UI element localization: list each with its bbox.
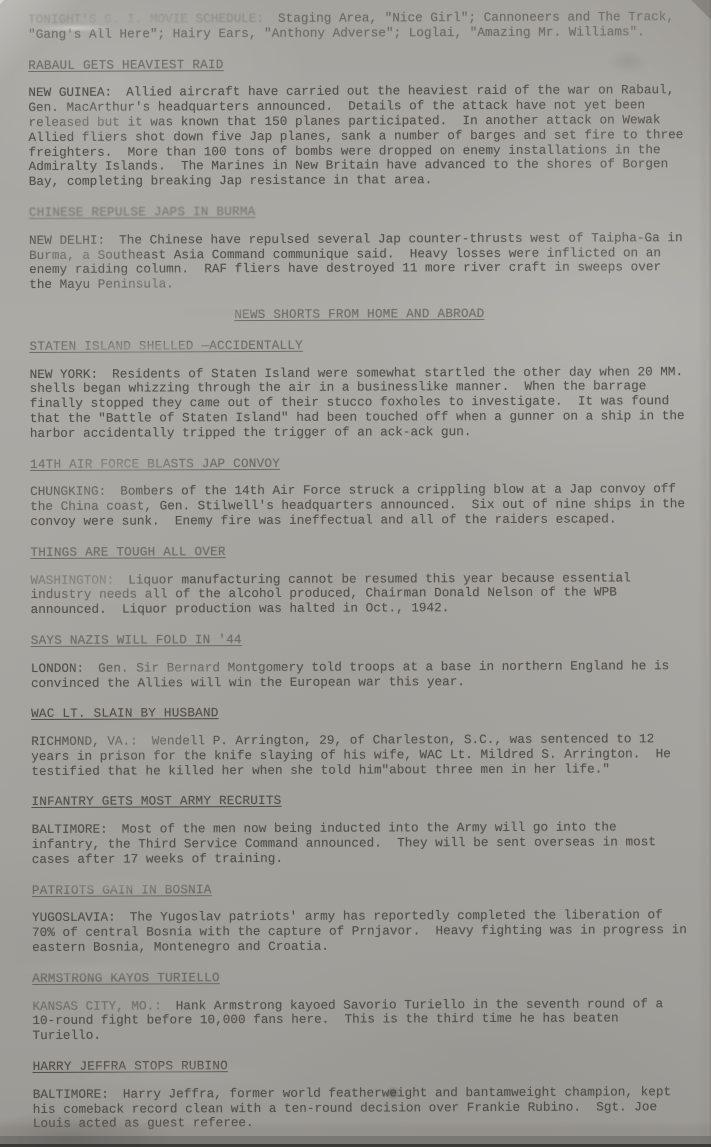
news-section-14th-air-force: 14TH AIR FORCE BLASTS JAP CONVOY CHUNGKI… [30,455,690,530]
dateline: KANSAS CITY, MO.: [32,998,176,1014]
news-section-rabaul: RABAUL GETS HEAVIEST RAID NEW GUINEA:All… [28,56,689,190]
headline-wac-slain: WAC LT. SLAIN BY HUSBAND [31,704,691,722]
paragraph-text: Most of the men now being inducted into … [32,820,664,867]
para-burma: NEW DELHI:The Chinese have repulsed seve… [29,231,689,293]
para-infantry: BALTIMORE:Most of the men now being indu… [32,820,692,867]
para-montgomery: LONDON:Gen. Sir Bernard Montgomery told … [31,659,691,691]
dateline: NEW YORK: [30,366,113,381]
typewritten-content: TONIGHT'S G. I. MOVIE SCHEDULE:Staging A… [28,10,693,1132]
dateline: CHUNGKING: [30,484,120,499]
paragraph-text: Residents of Staten Island were somewhat… [30,364,693,441]
dateline: TONIGHT'S G. I. MOVIE SCHEDULE: [28,11,278,27]
para-armstrong: KANSAS CITY, MO.:Hank Armstrong kayoed S… [32,997,692,1044]
dateline: WASHINGTON: [30,572,128,587]
para-wac: RICHMOND, VA.:Wendell P. Arrington, 29, … [31,732,691,779]
headline-staten-island: STATEN ISLAND SHELLED —ACCIDENTALLY [29,337,689,355]
headline-jeffra: HARRY JEFFRA STOPS RUBINO [33,1057,693,1075]
news-section-infantry: INFANTRY GETS MOST ARMY RECRUITS BALTIMO… [31,793,691,868]
headline-infantry: INFANTRY GETS MOST ARMY RECRUITS [31,793,691,811]
para-rabaul: NEW GUINEA:Allied aircraft have carried … [28,84,688,190]
headline-armstrong: ARMSTRONG KAYOS TURIELLO [32,969,692,987]
paragraph-text: The Yugoslav patriots' army has reported… [32,908,694,955]
dateline: BALTIMORE: [32,822,122,837]
headline-things-tough: THINGS ARE TOUGH ALL OVER [30,543,690,561]
headline-14th-air-force: 14TH AIR FORCE BLASTS JAP CONVOY [30,455,690,473]
headline-rabaul: RABAUL GETS HEAVIEST RAID [28,56,688,74]
para-jeffra: BALTIMORE:Harry Jeffra, former world fea… [33,1085,693,1132]
news-section-liquor: THINGS ARE TOUGH ALL OVER WASHINGTON:Liq… [30,543,690,618]
headline-news-shorts: NEWS SHORTS FROM HOME AND ABROAD [29,306,689,324]
news-section-burma: CHINESE REPULSE JAPS IN BURMA NEW DELHI:… [29,203,689,293]
dateline: NEW DELHI: [29,232,119,247]
dateline: BALTIMORE: [33,1086,123,1101]
headline-burma: CHINESE REPULSE JAPS IN BURMA [29,203,689,221]
paragraph-text: Gen. Sir Bernard Montgomery told troops … [31,658,677,691]
dateline: YUGOSLAVIA: [32,910,130,925]
news-section-staten-island: STATEN ISLAND SHELLED —ACCIDENTALLY NEW … [29,337,689,442]
para-bosnia: YUGOSLAVIA:The Yugoslav patriots' army h… [32,909,692,956]
headline-bosnia: PATRIOTS GAIN IN BOSNIA [32,881,692,899]
para-liquor: WASHINGTON:Liquor manufacturing cannot b… [30,571,690,618]
news-section-armstrong: ARMSTRONG KAYOS TURIELLO KANSAS CITY, MO… [32,969,692,1044]
news-sheet-page: TONIGHT'S G. I. MOVIE SCHEDULE:Staging A… [0,0,711,1147]
dateline: RICHMOND, VA.: [31,734,152,750]
news-section-wac: WAC LT. SLAIN BY HUSBAND RICHMOND, VA.:W… [31,704,691,779]
para-movie-schedule: TONIGHT'S G. I. MOVIE SCHEDULE:Staging A… [28,10,688,42]
para-14th-air-force: CHUNGKING:Bombers of the 14th Air Force … [30,482,690,529]
para-staten-island: NEW YORK:Residents of Staten Island were… [30,365,690,442]
headline-nazis-fold: SAYS NAZIS WILL FOLD IN '44 [31,631,691,649]
news-section-jeffra: HARRY JEFFRA STOPS RUBINO BALTIMORE:Harr… [33,1057,693,1132]
paragraph-text: Bombers of the 14th Air Force struck a c… [30,481,692,528]
paragraph-text: Harry Jeffra, former world featherweight… [33,1084,679,1131]
dateline: NEW GUINEA: [28,85,126,100]
paragraph-text: The Chinese have repulsed several Jap co… [29,230,690,292]
paragraph-text: Allied aircraft have carried out the hea… [28,83,691,190]
dateline: LONDON: [31,660,98,675]
news-section-bosnia: PATRIOTS GAIN IN BOSNIA YUGOSLAVIA:The Y… [32,881,692,956]
news-section-nazis-fold: SAYS NAZIS WILL FOLD IN '44 LONDON:Gen. … [31,631,691,691]
